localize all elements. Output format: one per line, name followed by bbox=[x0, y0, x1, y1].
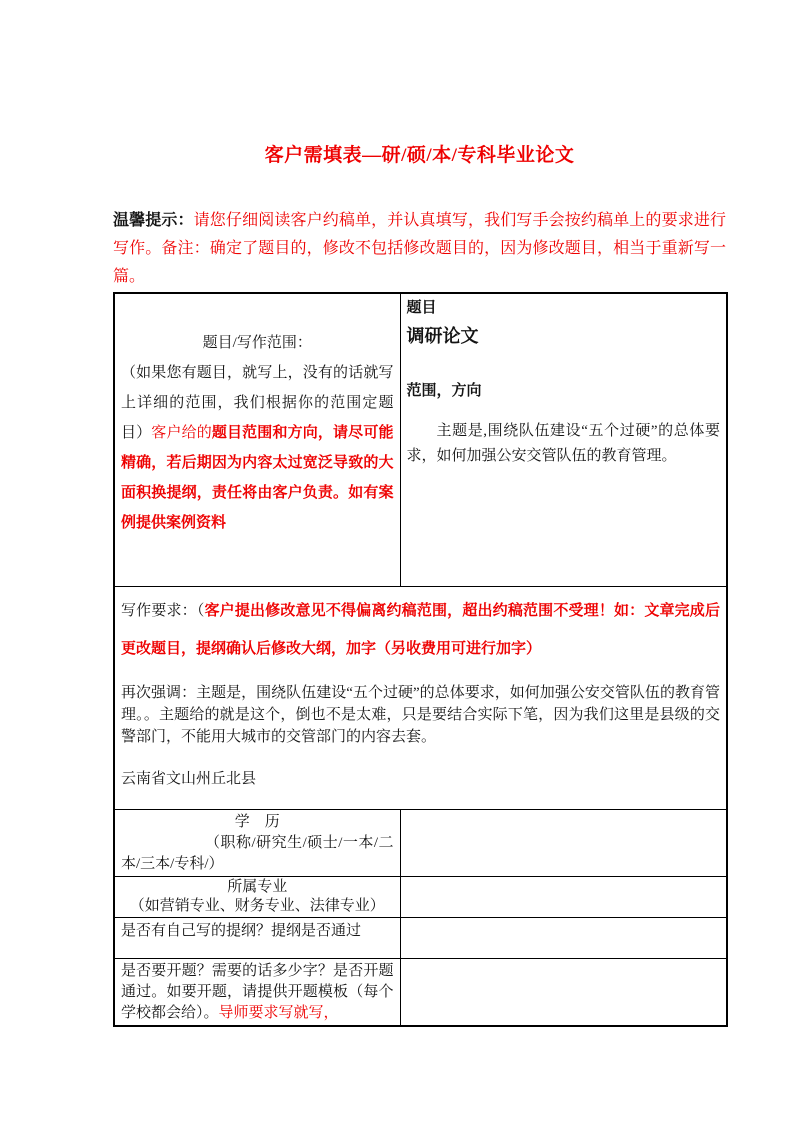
table-row-topic: 题目/写作范围： （如果您有题目，就写上，没有的话就写上详细的范围，我们根据你的… bbox=[114, 293, 727, 587]
table-row-outline: 是否有自己写的提纲？提纲是否通过 bbox=[114, 918, 727, 959]
education-input-cell[interactable] bbox=[400, 810, 727, 877]
major-title: 所属专业 bbox=[121, 878, 394, 897]
proposal-note-red: 导师要求写就写， bbox=[219, 1005, 339, 1021]
document-content: 客户需填表—研/硕/本/专科毕业论文 温馨提示：请您仔细阅读客户约稿单，并认真填… bbox=[113, 142, 726, 1027]
outline-question: 是否有自己写的提纲？提纲是否通过 bbox=[121, 920, 394, 942]
requirements-warning-paragraph: 写作要求：（客户提出修改意见不得偏离约稿范围，超出约稿范围不受理！如：文章完成后… bbox=[121, 592, 720, 668]
proposal-question-paragraph: 是否要开题？需要的话多少字？是否开题通过。如要开题，请提供开题模板（每个学校都会… bbox=[121, 961, 394, 1024]
notice-text: 请您仔细阅读客户约稿单，并认真填写，我们写手会按约稿单上的要求进行写作。备注：确… bbox=[113, 212, 726, 285]
table-row-proposal: 是否要开题？需要的话多少字？是否开题通过。如要开题，请提供开题模板（每个学校都会… bbox=[114, 959, 727, 1027]
outline-input-cell[interactable] bbox=[400, 918, 727, 959]
scope-label: 范围，方向 bbox=[407, 380, 721, 403]
client-location: 云南省文山州丘北县 bbox=[121, 768, 720, 790]
page-title: 客户需填表—研/硕/本/专科毕业论文 bbox=[113, 142, 726, 169]
document-page: 客户需填表—研/硕/本/专科毕业论文 温馨提示：请您仔细阅读客户约稿单，并认真填… bbox=[0, 0, 793, 1122]
proposal-input-cell[interactable] bbox=[400, 959, 727, 1027]
table-row-education: 学 历 （职称/研究生/硕士/一本/二本/三本/专科/） bbox=[114, 810, 727, 877]
major-label-cell: 所属专业 （如营销专业、财务专业、法律专业） bbox=[114, 877, 400, 918]
topic-scope-text: （如果您有题目，就写上，没有的话就写上详细的范围，我们根据你的范围定题目）客户给… bbox=[121, 358, 394, 538]
topic-value: 调研论文 bbox=[407, 322, 721, 351]
requirements-label: 写作要求：（ bbox=[121, 603, 205, 619]
notice-label: 温馨提示： bbox=[113, 212, 194, 229]
requirements-warning-text: 客户提出修改意见不得偏离约稿范围，超出约稿范围不受理！如：文章完成后更改题目，提… bbox=[121, 603, 720, 657]
topic-scope-cell: 题目/写作范围： （如果您有题目，就写上，没有的话就写上详细的范围，我们根据你的… bbox=[114, 293, 400, 587]
education-title: 学 历 bbox=[121, 812, 394, 833]
outline-label-cell: 是否有自己写的提纲？提纲是否通过 bbox=[114, 918, 400, 959]
major-input-cell[interactable] bbox=[400, 877, 727, 918]
requirements-emphasis-text: 再次强调：主题是，围绕队伍建设“五个过硬”的总体要求，如何加强公安交管队伍的教育… bbox=[121, 682, 720, 748]
scope-value: 主题是,围绕队伍建设“五个过硬”的总体要求，如何加强公安交管队伍的教育管理。 bbox=[407, 419, 721, 469]
client-form-table: 题目/写作范围： （如果您有题目，就写上，没有的话就写上详细的范围，我们根据你的… bbox=[113, 292, 728, 1027]
topic-scope-client-note: 客户给的 bbox=[151, 425, 212, 441]
topic-answer-cell[interactable]: 题目 调研论文 范围，方向 主题是,围绕队伍建设“五个过硬”的总体要求，如何加强… bbox=[400, 293, 727, 587]
topic-scope-heading: 题目/写作范围： bbox=[121, 328, 394, 358]
notice-paragraph: 温馨提示：请您仔细阅读客户约稿单，并认真填写，我们写手会按约稿单上的要求进行写作… bbox=[113, 207, 726, 291]
education-label-cell: 学 历 （职称/研究生/硕士/一本/二本/三本/专科/） bbox=[114, 810, 400, 877]
topic-label: 题目 bbox=[407, 297, 721, 320]
education-options: （职称/研究生/硕士/一本/二本/三本/专科/） bbox=[121, 833, 394, 875]
table-row-requirements: 写作要求：（客户提出修改意见不得偏离约稿范围，超出约稿范围不受理！如：文章完成后… bbox=[114, 587, 727, 810]
requirements-cell: 写作要求：（客户提出修改意见不得偏离约稿范围，超出约稿范围不受理！如：文章完成后… bbox=[114, 587, 727, 810]
major-options: （如营销专业、财务专业、法律专业） bbox=[121, 897, 394, 916]
table-row-major: 所属专业 （如营销专业、财务专业、法律专业） bbox=[114, 877, 727, 918]
proposal-label-cell: 是否要开题？需要的话多少字？是否开题通过。如要开题，请提供开题模板（每个学校都会… bbox=[114, 959, 400, 1027]
